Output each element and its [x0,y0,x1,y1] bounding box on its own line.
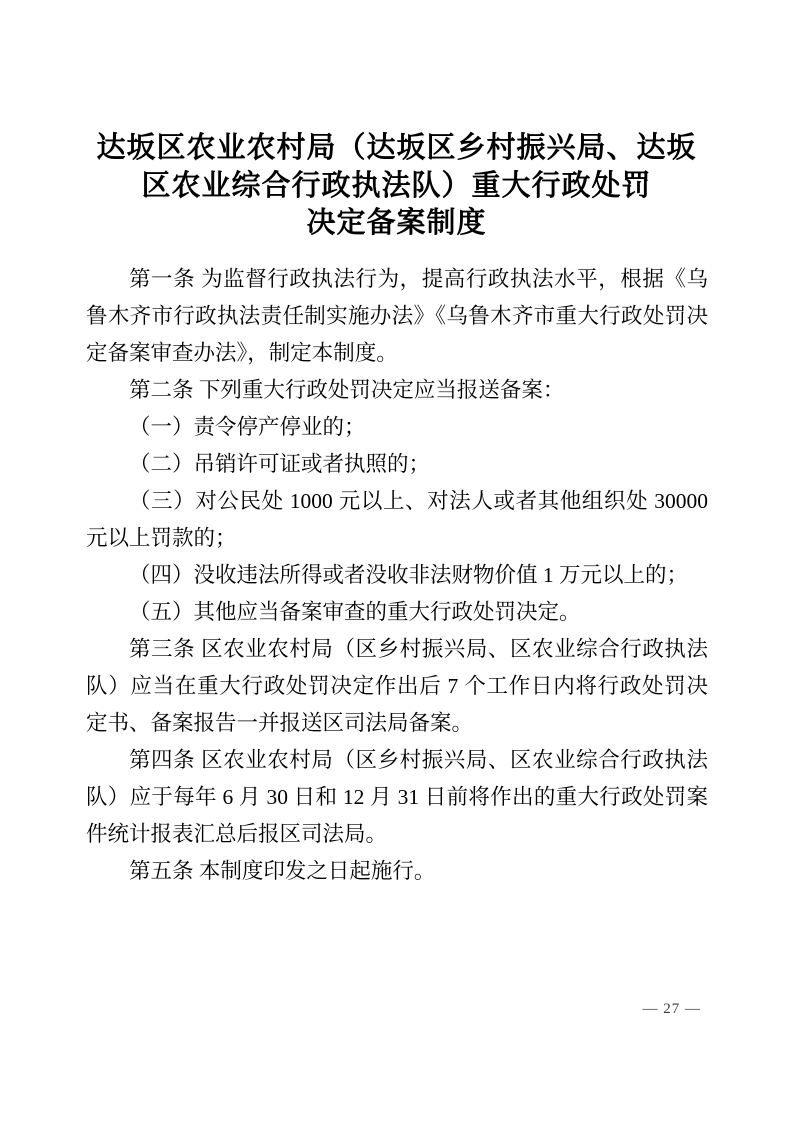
document-page: 达坂区农业农村局（达坂区乡村振兴局、达坂 区农业综合行政执法队）重大行政处罚 决… [0,0,793,1122]
article-2-item-3: （三）对公民处 1000 元以上、对法人或者其他组织处 30000 元以上罚款的… [86,483,708,557]
article-1: 第一条 为监督行政执法行为，提高行政执法水平，根据《乌鲁木齐市行政执法责任制实施… [86,261,708,372]
page-number: — 27 — [0,1001,793,1018]
title-line-2: 区农业综合行政执法队）重大行政处罚 [0,168,793,206]
article-2-item-5: （五）其他应当备案审查的重大行政处罚决定。 [86,594,708,631]
document-body: 第一条 为监督行政执法行为，提高行政执法水平，根据《乌鲁木齐市行政执法责任制实施… [86,261,708,890]
title-line-1: 达坂区农业农村局（达坂区乡村振兴局、达坂 [0,130,793,168]
article-2-item-4: （四）没收违法所得或者没收非法财物价值 1 万元以上的； [86,557,708,594]
article-4: 第四条 区农业农村局（区乡村振兴局、区农业综合行政执法队）应于每年 6 月 30… [86,742,708,853]
title-line-3: 决定备案制度 [0,205,793,243]
article-5: 第五条 本制度印发之日起施行。 [86,853,708,890]
article-2: 第二条 下列重大行政处罚决定应当报送备案： [86,372,708,409]
article-2-item-2: （二）吊销许可证或者执照的； [86,446,708,483]
document-title: 达坂区农业农村局（达坂区乡村振兴局、达坂 区农业综合行政执法队）重大行政处罚 决… [0,130,793,243]
article-3: 第三条 区农业农村局（区乡村振兴局、区农业综合行政执法队）应当在重大行政处罚决定… [86,631,708,742]
article-2-item-1: （一）责令停产停业的； [86,409,708,446]
